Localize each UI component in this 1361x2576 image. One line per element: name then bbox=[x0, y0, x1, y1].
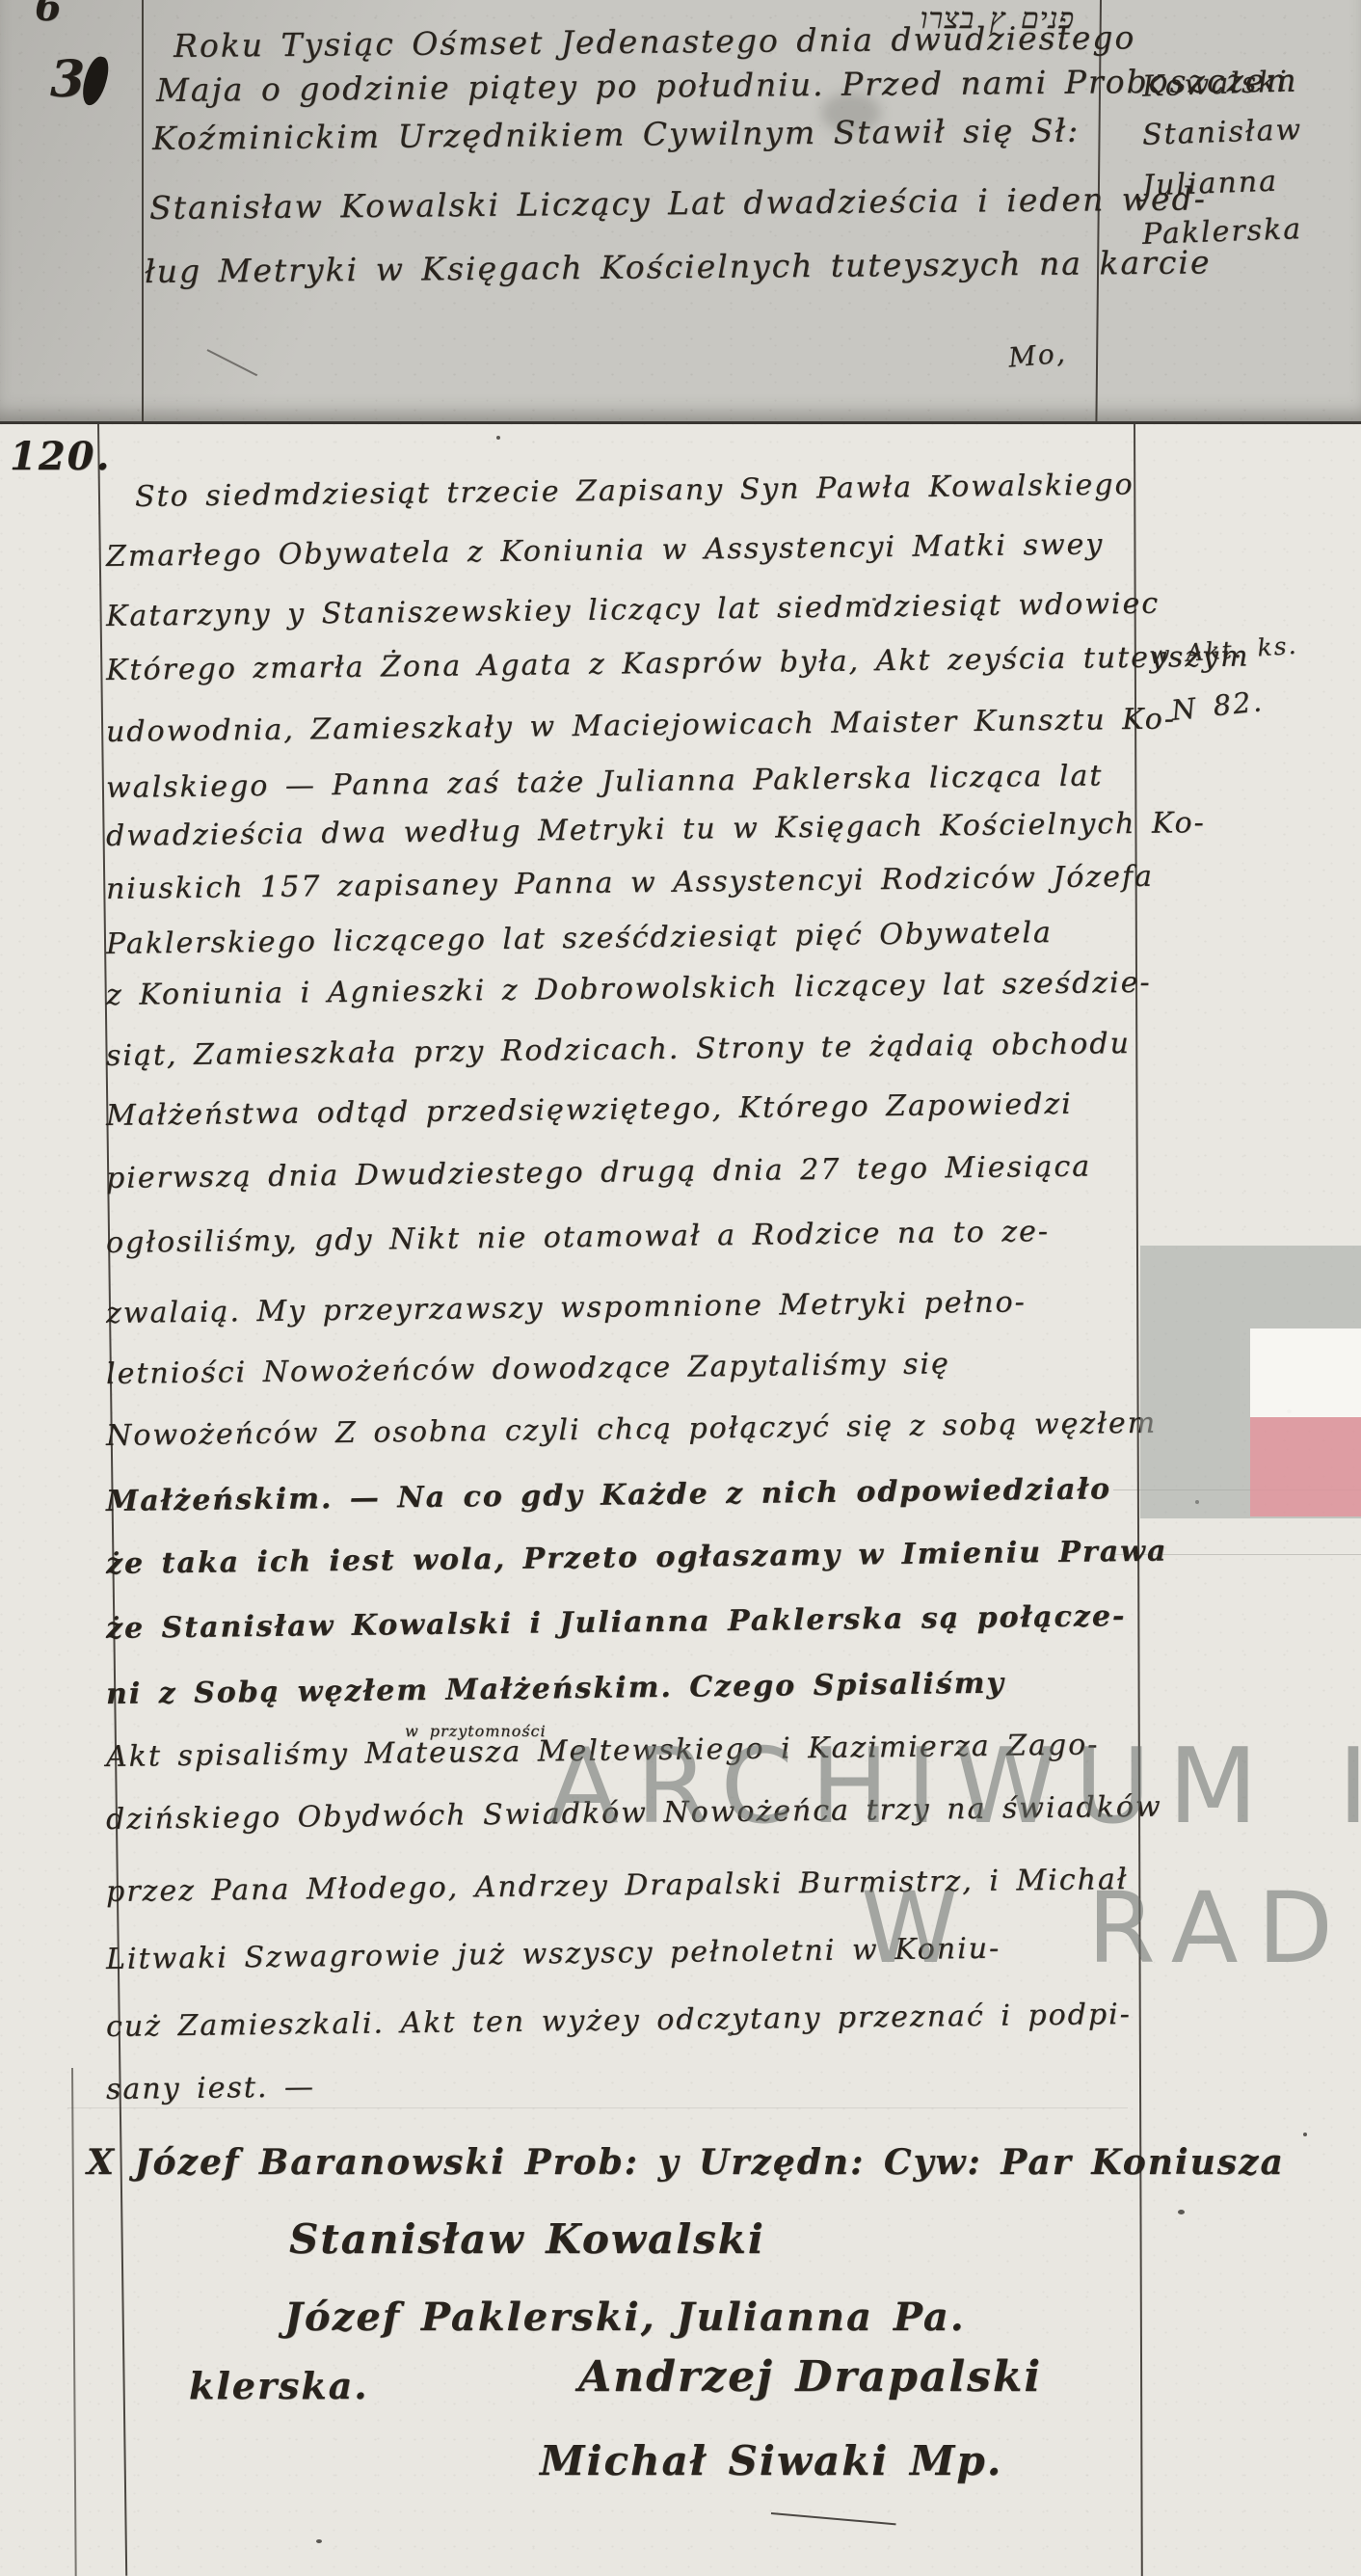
watermark-rad-text: RAD bbox=[1087, 1880, 1352, 1978]
signature-witness-siwaki: Michał Siwaki Mp. bbox=[540, 2437, 1002, 2484]
signature-priest: X Józef Baranowski Prob: y Urzędn: Cyw: … bbox=[87, 2142, 1285, 2183]
flag-watermark-white bbox=[1250, 1328, 1361, 1417]
previous-entry-number-cut: 6 bbox=[35, 0, 64, 30]
watermark-cut-letter: I bbox=[1338, 1735, 1361, 1839]
ink-speck bbox=[1303, 2133, 1307, 2136]
flag-watermark-pink bbox=[1250, 1417, 1361, 1516]
signature-bride-father-and-bride: Józef Paklerski, Julianna Pa. bbox=[284, 2294, 966, 2340]
ink-speck bbox=[728, 2032, 733, 2036]
faint-line bbox=[67, 2107, 1128, 2108]
ink-speck bbox=[1178, 2210, 1185, 2214]
margin-name-surname-groom: Kowalski bbox=[1141, 65, 1289, 103]
watermark-w-text: W bbox=[861, 1880, 958, 1978]
margin-name-given-bride: Julianna bbox=[1141, 165, 1278, 203]
interline-insertion: w przytomności bbox=[405, 1722, 547, 1740]
ink-speck bbox=[872, 598, 876, 601]
signature-witness-drapalski: Andrzej Drapalski bbox=[578, 2352, 1042, 2402]
margin-name-given-groom: Stanisław bbox=[1141, 113, 1302, 152]
ink-speck bbox=[316, 2539, 322, 2543]
entry-number-main: 120. bbox=[10, 434, 111, 479]
paper-smudge bbox=[821, 93, 881, 133]
watermark-archiwum-text: ARCHIWUM bbox=[547, 1735, 1275, 1839]
stray-word: Mo, bbox=[1007, 336, 1068, 373]
signature-bride-continued: klerska. bbox=[189, 2364, 369, 2407]
scanned-register-page: 6 3 פנים ץ בצרו Roku Tysiąc Ośmset Jeden… bbox=[0, 0, 1361, 2576]
record-line: sany iest. — bbox=[106, 2070, 315, 2106]
column-rule-left-top bbox=[142, 0, 144, 421]
ink-speck bbox=[496, 436, 500, 440]
margin-name-surname-bride: Paklerska bbox=[1141, 212, 1302, 252]
faint-line bbox=[1113, 1554, 1361, 1555]
signature-groom: Stanisław Kowalski bbox=[289, 2215, 765, 2263]
entry-number-top: 3 bbox=[50, 50, 87, 109]
